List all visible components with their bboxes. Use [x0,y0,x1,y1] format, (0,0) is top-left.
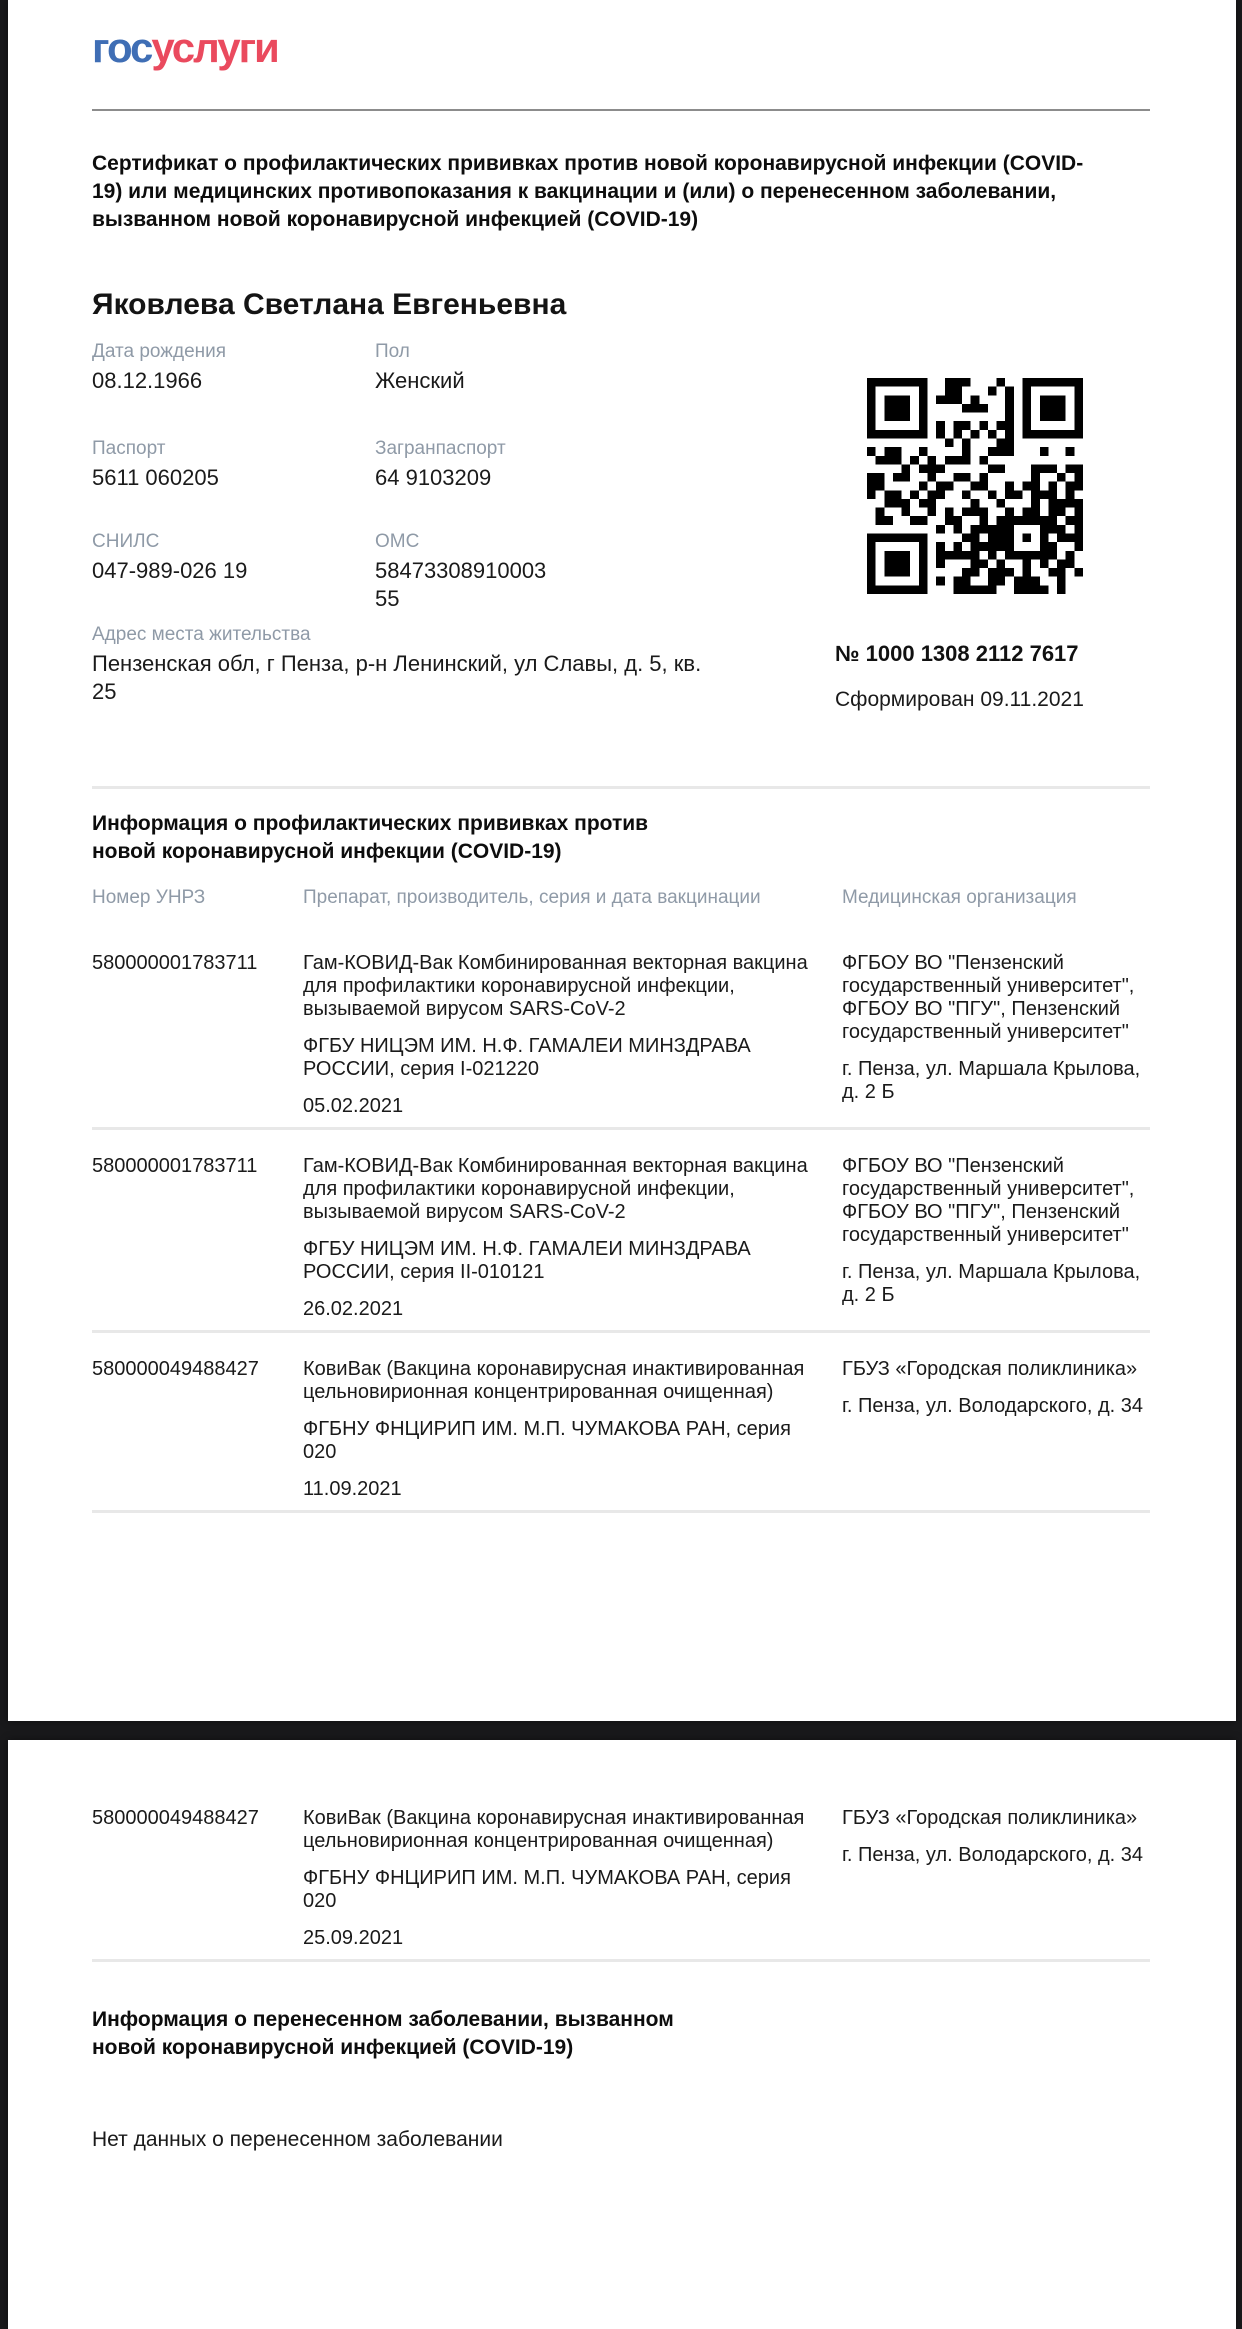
table-row: 580000001783711 Гам-КОВИД-Вак Комбиниров… [92,1130,1150,1333]
logo-part-gos: гос [92,24,151,71]
passport-value: 5611 060205 [92,464,219,492]
organization-cell: ГБУЗ «Городская поликлиника» г. Пенза, у… [842,1358,1150,1501]
organization-cell: ГБУЗ «Городская поликлиника» г. Пенза, у… [842,1807,1150,1950]
drug-cell: Гам-КОВИД-Вак Комбинированная векторная … [303,952,842,1118]
organization-cell: ФГБОУ ВО "Пензенский государственный уни… [842,952,1150,1118]
gender-label: Пол [375,341,410,363]
vaccination-date: 26.02.2021 [303,1298,810,1321]
vaccine-manufacturer: ФГБУ НИЦЭМ ИМ. Н.Ф. ГАМАЛЕИ МИНЗДРАВА РО… [303,1238,810,1284]
passport-label: Паспорт [92,438,165,460]
snils-value: 047-989-026 19 [92,557,247,585]
vaccine-manufacturer: ФГБНУ ФНЦИРИП ИМ. М.П. ЧУМАКОВА РАН, сер… [303,1418,810,1464]
address-value: Пензенская обл, г Пенза, р-н Ленинский, … [92,650,727,706]
vaccinations-table-continued: 580000049488427 КовиВак (Вакцина коронав… [92,1807,1150,1962]
document-title: Сертификат о профилактических прививках … [92,150,1112,234]
intl-passport-value: 64 9103209 [375,464,491,492]
illness-heading: Информация о перенесенном заболевании, в… [92,2006,702,2062]
column-header-drug: Препарат, производитель, серия и дата ва… [303,886,842,910]
illness-empty-text: Нет данных о перенесенном заболевании [92,2128,503,2152]
vaccinations-table: 580000001783711 Гам-КОВИД-Вак Комбиниров… [92,947,1150,1513]
vaccination-date: 05.02.2021 [303,1095,810,1118]
vaccine-name: КовиВак (Вакцина коронавирусная инактиви… [303,1358,810,1404]
drug-cell: КовиВак (Вакцина коронавирусная инактиви… [303,1358,842,1501]
snils-label: СНИЛС [92,531,159,553]
oms-label: ОМС [375,531,419,553]
logo-part-uslugi: услуги [151,24,277,71]
section-divider [92,786,1150,789]
qr-code [867,378,1083,594]
unrz-cell: 580000049488427 [92,1358,303,1501]
unrz-cell: 580000049488427 [92,1807,303,1950]
header-divider [92,109,1150,111]
vaccination-date: 11.09.2021 [303,1478,810,1501]
organization-address: г. Пенза, ул. Маршала Крылова, д. 2 Б [842,1058,1150,1104]
intl-passport-label: Загранпаспорт [375,438,506,460]
birth-date-label: Дата рождения [92,341,226,363]
vaccine-name: КовиВак (Вакцина коронавирусная инактиви… [303,1807,810,1853]
organization-name: ГБУЗ «Городская поликлиника» [842,1358,1150,1381]
vaccine-name: Гам-КОВИД-Вак Комбинированная векторная … [303,1155,810,1224]
holder-name: Яковлева Светлана Евгеньевна [92,288,566,322]
vaccine-manufacturer: ФГБНУ ФНЦИРИП ИМ. М.П. ЧУМАКОВА РАН, сер… [303,1867,810,1913]
drug-cell: Гам-КОВИД-Вак Комбинированная векторная … [303,1155,842,1321]
vaccination-date: 25.09.2021 [303,1927,810,1950]
vaccine-name: Гам-КОВИД-Вак Комбинированная векторная … [303,952,810,1021]
certificate-generated-date: Сформирован 09.11.2021 [835,688,1084,712]
table-row: 580000049488427 КовиВак (Вакцина коронав… [92,1333,1150,1513]
table-row: 580000049488427 КовиВак (Вакцина коронав… [92,1807,1150,1962]
gosuslugi-logo: госуслуги [92,24,278,72]
certificate-page-2: 580000049488427 КовиВак (Вакцина коронав… [8,1740,1236,2329]
address-label: Адрес места жительства [92,624,311,646]
birth-date-value: 08.12.1966 [92,367,202,395]
unrz-cell: 580000001783711 [92,952,303,1118]
oms-value: 5847330891000355 [375,557,550,613]
certificate-page-1: госуслуги Сертификат о профилактических … [8,0,1236,1721]
column-header-organization: Медицинская организация [842,886,1150,910]
unrz-cell: 580000001783711 [92,1155,303,1321]
vaccinations-table-header: Номер УНРЗ Препарат, производитель, сери… [92,886,1150,910]
drug-cell: КовиВак (Вакцина коронавирусная инактиви… [303,1807,842,1950]
certificate-number: № 1000 1308 2112 7617 [835,641,1079,667]
organization-address: г. Пенза, ул. Володарского, д. 34 [842,1844,1150,1867]
table-row: 580000001783711 Гам-КОВИД-Вак Комбиниров… [92,947,1150,1130]
vaccine-manufacturer: ФГБУ НИЦЭМ ИМ. Н.Ф. ГАМАЛЕИ МИНЗДРАВА РО… [303,1035,810,1081]
pdf-viewer: { "brand": { "logo_part1": "гос", "logo_… [0,0,1242,2329]
organization-address: г. Пенза, ул. Володарского, д. 34 [842,1395,1150,1418]
organization-name: ГБУЗ «Городская поликлиника» [842,1807,1150,1830]
organization-name: ФГБОУ ВО "Пензенский государственный уни… [842,952,1150,1044]
gender-value: Женский [375,367,465,395]
column-header-unrz: Номер УНРЗ [92,886,303,910]
organization-name: ФГБОУ ВО "Пензенский государственный уни… [842,1155,1150,1247]
vaccinations-heading: Информация о профилактических прививках … [92,810,682,866]
organization-cell: ФГБОУ ВО "Пензенский государственный уни… [842,1155,1150,1321]
organization-address: г. Пенза, ул. Маршала Крылова, д. 2 Б [842,1261,1150,1307]
